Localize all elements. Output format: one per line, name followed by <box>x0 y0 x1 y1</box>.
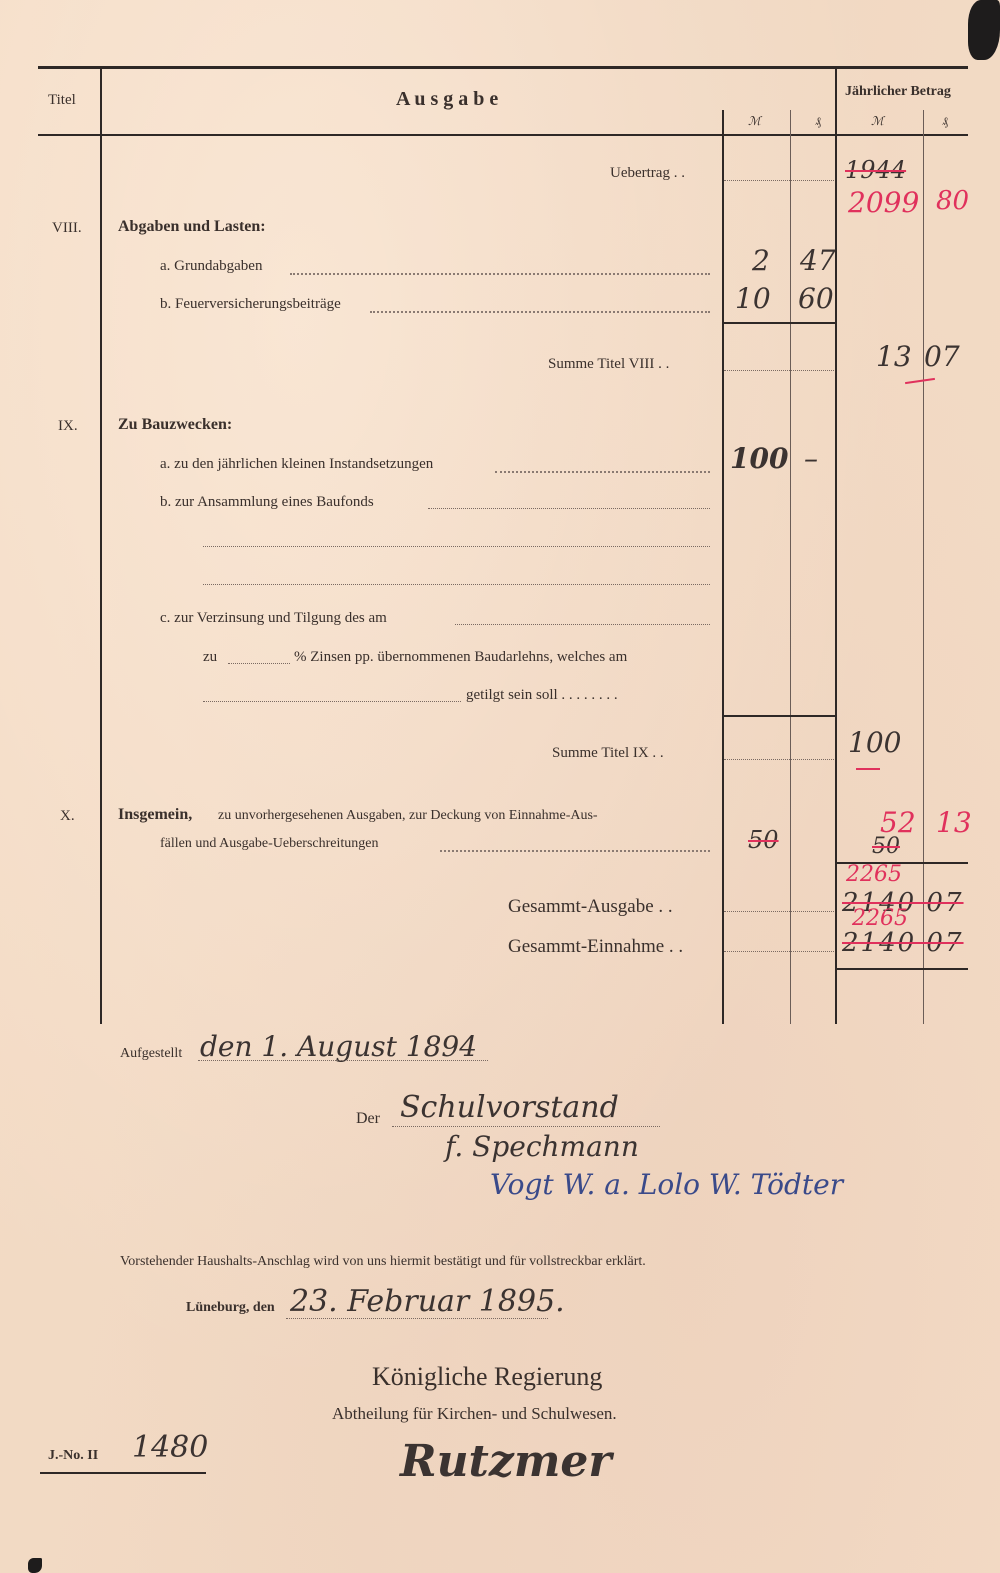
item-mark: 10 <box>735 282 771 315</box>
journal-underline <box>40 1472 206 1474</box>
repay-blank <box>203 701 461 702</box>
uebertrag-mark: 2099 <box>848 186 919 219</box>
section-numeral: IX. <box>58 418 78 435</box>
journal-number: 1480 <box>132 1430 208 1465</box>
red-underline <box>905 378 935 384</box>
place-date: 23. Februar 1895. <box>290 1284 565 1319</box>
sum-label: Summe Titel IX . . <box>552 745 664 762</box>
item-label: c. zur Verzinsung und Tilgung des am <box>160 610 387 627</box>
sum-mark: 100 <box>848 726 901 759</box>
line-text: % Zinsen pp. übernommenen Baudarlehns, w… <box>294 649 627 666</box>
item-pfennig: – <box>804 442 818 475</box>
item-pfennig: 47 <box>800 244 836 277</box>
header-mark-1: ℳ <box>748 114 761 129</box>
section-title: Zu Bauzwecken: <box>118 416 232 434</box>
red-underline <box>856 768 880 770</box>
aufgestellt-label: Aufgestellt <box>120 1046 182 1062</box>
header-ausgabe: A u s g a b e <box>396 88 498 111</box>
section-title: Abgaben und Lasten: <box>118 218 266 236</box>
section-text: fällen und Ausgabe-Ueberschreitungen <box>160 836 378 852</box>
baufonds-blank <box>428 508 710 509</box>
confirmation-text: Vorstehender Haushalts-Anschlag wird von… <box>120 1254 646 1270</box>
uebertrag-struck-value: 1944 <box>845 156 906 184</box>
betrag-pfennig: 13 <box>936 806 972 839</box>
authority-title: Königliche Regierung <box>372 1362 602 1392</box>
uebertrag-label: Uebertrag . . <box>610 165 685 182</box>
sum-mark: 13 <box>876 340 912 373</box>
item-mark: 100 <box>730 442 788 475</box>
authority-department: Abtheilung für Kirchen- und Schulwesen. <box>332 1404 617 1424</box>
journal-label: J.-No. II <box>48 1448 98 1464</box>
header-titel: Titel <box>48 92 76 109</box>
header-pfennig-2: ₰ <box>942 114 948 129</box>
header-jaehrlicher-betrag: Jährlicher Betrag <box>845 84 951 100</box>
blank-line <box>203 546 710 547</box>
item-label: b. Feuerversicherungsbeiträge <box>160 296 341 313</box>
section-numeral: VIII. <box>52 220 82 237</box>
item-pfennig: 60 <box>798 282 834 315</box>
section-title: Insgemein, <box>118 806 192 824</box>
section-text: zu unvorhergesehenen Ausgaben, zur Decku… <box>218 808 598 824</box>
section-numeral: X. <box>60 808 75 825</box>
betrag-struck: 50 <box>872 834 900 859</box>
sum-pfennig: 07 <box>924 340 960 373</box>
gesammt-einnahme-label: Gesammt-Einnahme . . <box>508 936 683 958</box>
gesammt-ausgabe-label: Gesammt-Ausgabe . . <box>508 896 673 918</box>
line-text: getilgt sein soll . . . . . . . . <box>466 687 618 704</box>
sum-label: Summe Titel VIII . . <box>548 356 669 373</box>
percent-blank <box>228 663 290 664</box>
damaged-corner-bottom-left <box>28 1558 42 1573</box>
signature-1: f. Spechmann <box>445 1130 639 1163</box>
place-label: Lüneburg, den <box>186 1300 275 1316</box>
struck-mark: 50 <box>748 826 779 854</box>
gesammt-ausgabe-new: 2265 <box>846 862 902 887</box>
uebertrag-pfennig: 80 <box>936 186 969 216</box>
signature-2: Vogt W. a. Lolo W. Tödter <box>490 1168 843 1201</box>
item-label: a. zu den jährlichen kleinen Instandsetz… <box>160 456 433 473</box>
item-mark: 2 <box>752 244 770 277</box>
header-mark-2: ℳ <box>871 114 884 129</box>
authority-signature: Rutzmer <box>400 1436 612 1487</box>
aufgestellt-date: den 1. August 1894 <box>200 1030 477 1063</box>
line-prefix: zu <box>203 649 217 666</box>
gesammt-einnahme-old: 2140 07 <box>842 928 964 958</box>
item-label: a. Grundabgaben <box>160 258 262 275</box>
der-value: Schulvorstand <box>400 1090 619 1125</box>
der-label: Der <box>356 1110 380 1128</box>
date-blank <box>455 624 710 625</box>
item-label: b. zur Ansammlung eines Baufonds <box>160 494 374 511</box>
damaged-corner-top-right <box>968 0 1000 60</box>
blank-line <box>203 584 710 585</box>
header-pfennig-1: ₰ <box>815 114 821 129</box>
